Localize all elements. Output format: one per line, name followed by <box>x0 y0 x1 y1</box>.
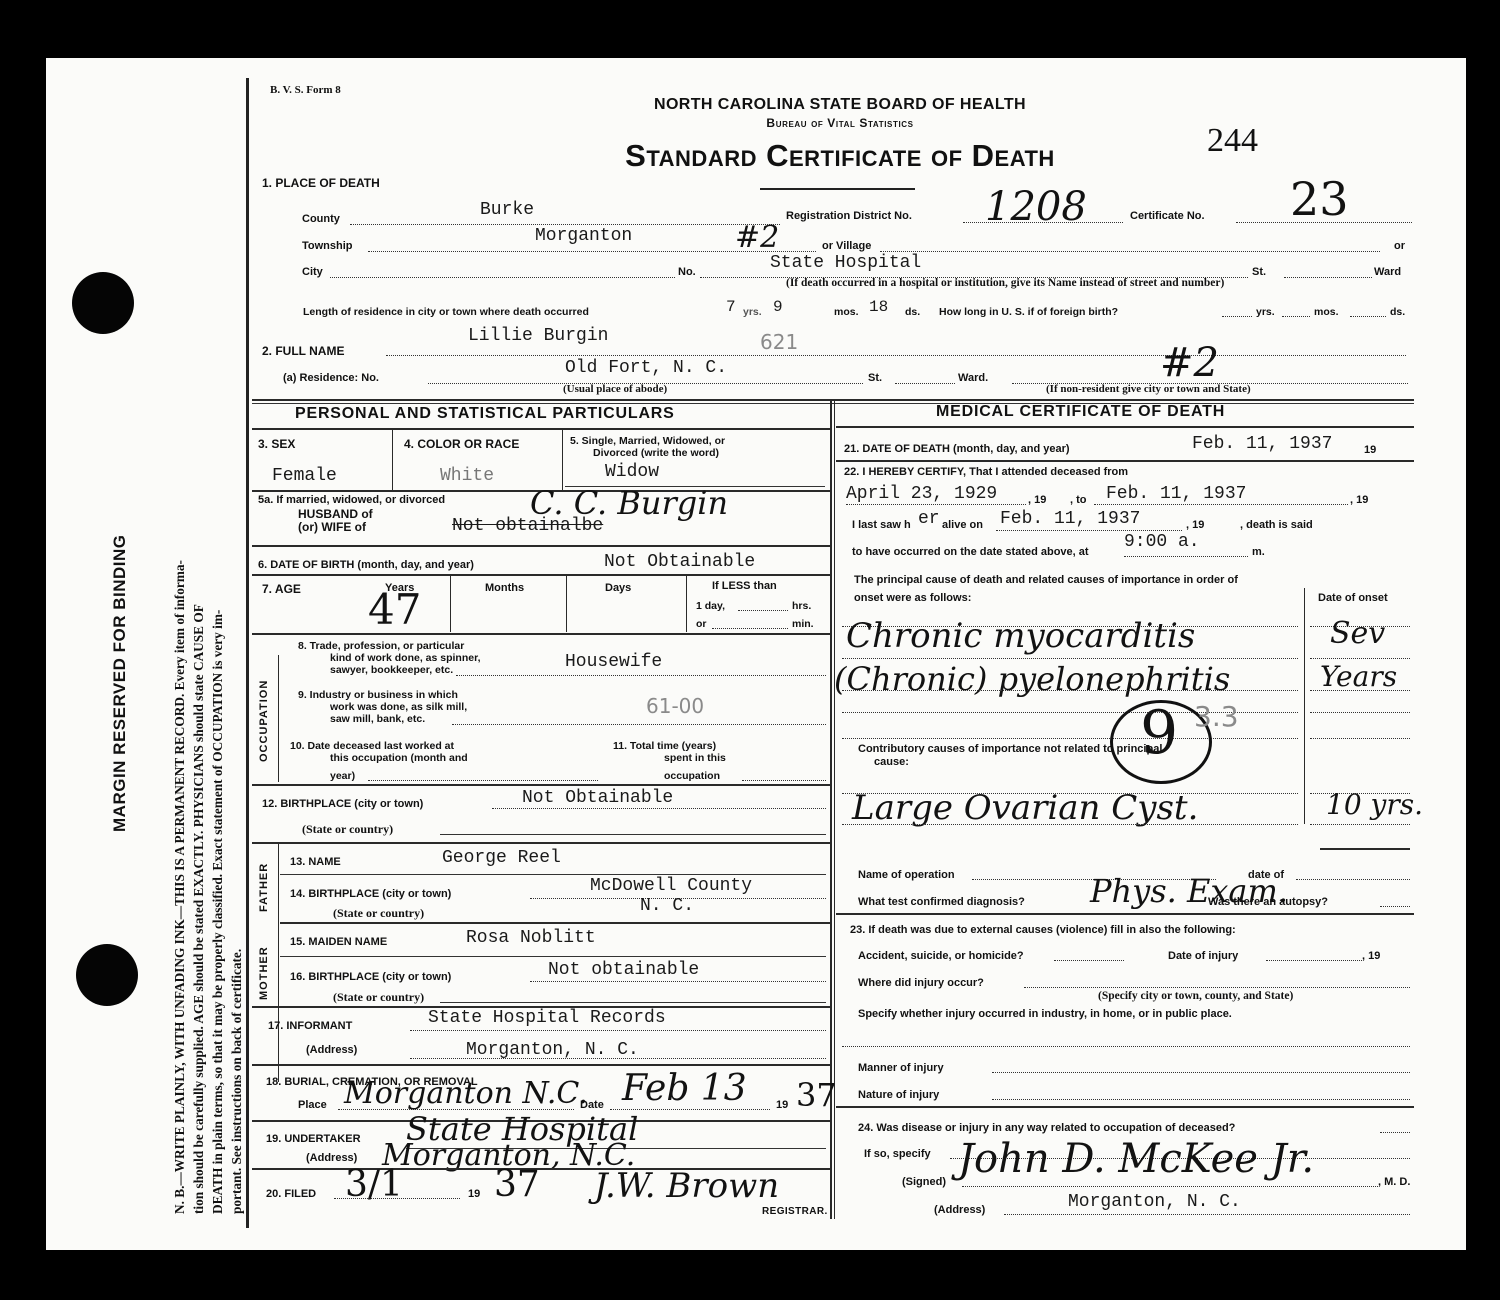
cause-line <box>842 658 1298 659</box>
rule <box>252 633 830 635</box>
city-no-label: No. <box>678 266 696 278</box>
circled-pencil-note: 3.3 <box>1194 700 1239 733</box>
signed-label: (Signed) <box>902 1176 946 1188</box>
informant-address-label: (Address) <box>306 1044 357 1056</box>
injury-date-line[interactable] <box>1266 960 1362 961</box>
township-label: Township <box>302 240 353 252</box>
city-label: City <box>302 266 323 278</box>
village-label: or Village <box>822 240 871 252</box>
rule <box>252 1064 830 1066</box>
dob-value[interactable]: Not Obtainable <box>604 552 755 572</box>
village-line[interactable] <box>880 251 1380 252</box>
bureau-title: Bureau of Vital Statistics <box>540 116 1140 130</box>
informant-label: 17. INFORMANT <box>268 1020 352 1032</box>
rule <box>836 460 1414 462</box>
operation-label: Name of operation <box>858 869 955 881</box>
occupation-related-line[interactable] <box>1380 1132 1410 1133</box>
informant-value[interactable]: State Hospital Records <box>428 1008 666 1028</box>
mother-birthplace-value[interactable]: Not obtainable <box>548 960 699 980</box>
last-worked-label-2: this occupation (month and <box>330 752 468 764</box>
signature-line <box>962 1186 1378 1187</box>
ward-line[interactable] <box>1284 277 1372 278</box>
onset-line <box>1310 712 1410 713</box>
instructions-line-2: tion should be carefully supplied. AGE s… <box>189 604 208 1214</box>
punch-hole-top <box>72 272 134 334</box>
residence-days[interactable]: 18 <box>869 298 888 316</box>
date-of-death-value[interactable]: Feb. 11, 1937 <box>1192 434 1332 454</box>
residence-months[interactable]: 9 <box>773 298 783 316</box>
attended-to-line <box>1094 504 1348 505</box>
vrule <box>562 430 563 490</box>
residence-st-label: St. <box>868 372 882 384</box>
registrar-label: REGISTRAR. <box>762 1206 828 1217</box>
full-name-line <box>386 355 1406 356</box>
rule <box>280 874 826 875</box>
medical-section-title: MEDICAL CERTIFICATE OF DEATH <box>936 403 1225 421</box>
total-time-label-1: 11. Total time (years) <box>613 740 716 752</box>
burial-place-label: Place <box>298 1099 327 1111</box>
attended-to-value[interactable]: Feb. 11, 1937 <box>1106 484 1246 504</box>
last-saw-label: I last saw h <box>852 519 911 531</box>
circled-code: 9 <box>1140 698 1178 768</box>
father-birthplace-label: 14. BIRTHPLACE (city or town) <box>290 888 451 900</box>
title-underline <box>760 188 915 190</box>
foreign-yrs-line[interactable] <box>1222 316 1252 317</box>
mother-name-value[interactable]: Rosa Noblitt <box>466 928 596 948</box>
birthplace-label: 12. BIRTHPLACE (city or town) <box>262 798 423 810</box>
vrule <box>278 655 279 782</box>
section-divider <box>252 399 1414 401</box>
residence-label: (a) Residence: No. <box>283 372 379 384</box>
burial-date-value[interactable]: Feb 13 <box>622 1068 747 1109</box>
full-name-label: 2. FULL NAME <box>262 344 344 358</box>
vrule <box>278 844 279 1082</box>
rule <box>1320 848 1410 850</box>
contributory-onset-value[interactable]: 10 yrs. <box>1326 788 1423 821</box>
onset-line <box>1310 738 1410 739</box>
rule <box>440 834 826 835</box>
minutes-line[interactable] <box>712 628 788 629</box>
industry-label-2: work was done, as silk mill, <box>330 701 467 713</box>
institution-value[interactable]: State Hospital <box>770 253 921 273</box>
birthplace-value[interactable]: Not Obtainable <box>522 788 673 808</box>
residence-value[interactable]: Old Fort, N. C. <box>565 358 727 378</box>
cause-intro-2: onset were as follows: <box>854 592 971 604</box>
last-saw-line <box>996 530 1182 531</box>
trade-label-1: 8. Trade, profession, or particular <box>298 640 464 652</box>
attended-from-19: , 19 <box>1028 494 1046 506</box>
operation-date-line[interactable] <box>1296 879 1410 880</box>
father-state-value[interactable]: N. C. <box>640 896 694 916</box>
hours-line[interactable] <box>738 610 788 611</box>
binding-margin-label: MARGIN RESERVED FOR BINDING <box>110 535 130 833</box>
filed-label: 20. FILED <box>266 1188 316 1200</box>
md-label: , M. D. <box>1378 1176 1410 1188</box>
date-of-onset-label: Date of onset <box>1318 592 1388 604</box>
undertaker-address-label: (Address) <box>306 1152 357 1164</box>
manner-label: Manner of injury <box>858 1062 944 1074</box>
injury-date-label: Date of injury <box>1168 950 1238 962</box>
min-label: min. <box>792 618 814 630</box>
township-value[interactable]: Morganton <box>535 226 632 246</box>
contributory-line <box>842 824 1298 825</box>
rule <box>280 956 826 957</box>
trade-label-2: kind of work done, as spinner, <box>330 652 481 664</box>
rule <box>252 784 830 786</box>
alive-on-label: alive on <box>942 519 983 531</box>
mother-birthplace-line <box>530 981 826 982</box>
foreign-ds-label: ds. <box>1390 306 1405 318</box>
where-injury-note: (Specify city or town, county, and State… <box>1098 990 1293 1002</box>
nature-line[interactable] <box>992 1099 1410 1100</box>
informant-line <box>410 1030 826 1031</box>
specify-location-line[interactable] <box>842 1046 1410 1047</box>
date-of-death-suffix: 19 <box>1364 444 1376 456</box>
place-of-death-label: 1. PLACE OF DEATH <box>262 176 380 190</box>
last-worked-label-3: year) <box>330 770 355 782</box>
time-line <box>1124 556 1248 557</box>
stamp-number: 244 <box>1207 122 1258 160</box>
township-annotation: #2 <box>735 220 779 255</box>
spouse-label-1: 5a. If married, widowed, or divorced <box>258 494 445 506</box>
cause-intro-1: The principal cause of death and related… <box>854 574 1238 586</box>
mos-label: mos. <box>834 306 859 318</box>
race-label: 4. COLOR OR RACE <box>404 437 519 451</box>
residence-sublabel: (Usual place of abode) <box>563 383 667 395</box>
trade-line <box>456 675 826 676</box>
city-line[interactable] <box>330 277 675 278</box>
full-name-pencil-note: 621 <box>760 330 798 354</box>
residence-years[interactable]: 7 <box>726 298 736 316</box>
contributory-label-2: cause: <box>874 756 909 768</box>
last-saw-19: , 19 <box>1186 519 1204 531</box>
m-label: m. <box>1252 546 1265 558</box>
trade-value[interactable]: Housewife <box>565 652 662 672</box>
foreign-mos-label: mos. <box>1314 306 1339 318</box>
ward-label: Ward <box>1374 266 1401 278</box>
foreign-yrs-label: yrs. <box>1256 306 1275 318</box>
birthplace-line <box>492 808 826 809</box>
vrule <box>686 576 687 632</box>
age-label: 7. AGE <box>262 582 301 596</box>
day-label: 1 day, <box>696 600 725 612</box>
residence-st-line[interactable] <box>895 383 955 384</box>
mother-tag: MOTHER <box>258 946 270 1000</box>
filed-year-value[interactable]: 37 <box>494 1164 540 1205</box>
vrule <box>392 430 393 490</box>
instructions-line-4: portant. See instructions on back of cer… <box>227 949 246 1214</box>
industry-label-1: 9. Industry or business in which <box>298 689 458 701</box>
undertaker-label: 19. UNDERTAKER <box>266 1133 361 1145</box>
industry-line <box>452 724 826 725</box>
burial-place-value[interactable]: Morganton N.C. <box>344 1076 588 1111</box>
foreign-ds-line[interactable] <box>1350 316 1386 317</box>
if-so-label: If so, specify <box>864 1148 931 1160</box>
section-divider-thin <box>252 403 1414 404</box>
onset-line <box>1310 658 1410 659</box>
marital-status-value[interactable]: Widow <box>605 462 659 482</box>
physician-address-label: (Address) <box>934 1204 985 1216</box>
dob-label: 6. DATE OF BIRTH (month, day, and year) <box>258 559 474 571</box>
physician-address-line <box>1004 1214 1410 1215</box>
foreign-birth-label: How long in U. S. if of foreign birth? <box>939 306 1118 318</box>
rule <box>836 913 1414 915</box>
accident-line[interactable] <box>1054 960 1124 961</box>
rule <box>280 922 830 924</box>
registration-district-value[interactable]: 1208 <box>985 184 1087 230</box>
yrs-label: yrs. <box>743 306 762 318</box>
mother-state-label: (State or country) <box>333 990 424 1005</box>
date-of-death-label: 21. DATE OF DEATH (month, day, and year) <box>844 443 1070 455</box>
physician-address-value[interactable]: Morganton, N. C. <box>1068 1192 1241 1212</box>
cause-line <box>842 690 1298 691</box>
rule <box>252 428 830 430</box>
specify-location-label: Specify whether injury occurred in indus… <box>858 1008 1232 1020</box>
residence-ward-annotation: #2 <box>1160 340 1219 386</box>
last-saw-pronoun[interactable]: er <box>918 509 940 529</box>
attended-from-line <box>846 504 1026 505</box>
sex-value[interactable]: Female <box>272 466 337 486</box>
last-worked-line[interactable] <box>368 780 598 781</box>
father-tag: FATHER <box>258 863 270 912</box>
filed-date-value[interactable]: 3/1 <box>345 1164 403 1205</box>
mother-birthplace-label: 16. BIRTHPLACE (city or town) <box>290 971 451 983</box>
ds-label: ds. <box>905 306 920 318</box>
board-title: NORTH CAROLINA STATE BOARD OF HEALTH <box>540 96 1140 114</box>
institution-note: (If death occurred in a hospital or inst… <box>786 277 1224 289</box>
punch-hole-bottom <box>76 944 138 1006</box>
spouse-struck-value: Not obtainalbe <box>452 516 603 536</box>
instructions-line-3: DEATH in plain terms, so that it may be … <box>208 610 227 1214</box>
where-injury-label: Where did injury occur? <box>858 977 984 989</box>
occupation-tag: OCCUPATION <box>258 680 270 762</box>
vrule <box>450 576 451 632</box>
spouse-label-3: (or) WIFE of <box>298 520 366 534</box>
personal-section-title: PERSONAL AND STATISTICAL PARTICULARS <box>295 405 675 423</box>
cause-2-value[interactable]: (Chronic) pyelonephritis <box>834 660 1230 698</box>
foreign-mos-line[interactable] <box>1282 316 1310 317</box>
contributory-label-1: Contributory causes of importance not re… <box>858 743 1162 755</box>
sex-label: 3. SEX <box>258 437 295 451</box>
mother-name-label: 15. MAIDEN NAME <box>290 936 387 948</box>
death-said-label: , death is said <box>1240 519 1313 531</box>
father-name-value[interactable]: George Reel <box>442 848 561 868</box>
accident-label: Accident, suicide, or homicide? <box>858 950 1024 962</box>
marital-label-1: 5. Single, Married, Widowed, or <box>570 435 725 447</box>
physician-signature[interactable]: John D. McKee Jr. <box>958 1136 1314 1182</box>
binding-rule <box>246 78 249 1228</box>
rule <box>252 545 830 547</box>
cause-1-value[interactable]: Chronic myocarditis <box>846 616 1195 656</box>
residence-length-label: Length of residence in city or town wher… <box>303 306 589 318</box>
rule <box>252 574 830 576</box>
certificate-no-value[interactable]: 23 <box>1290 172 1349 226</box>
attended-to-19: , 19 <box>1350 494 1368 506</box>
test-label: What test confirmed diagnosis? <box>858 896 1025 908</box>
form-id: B. V. S. Form 8 <box>270 84 341 96</box>
age-days-label: Days <box>605 582 631 594</box>
rule <box>836 426 1414 428</box>
industry-label-3: saw mill, bank, etc. <box>330 713 425 725</box>
full-name-value[interactable]: Lillie Burgin <box>468 326 608 346</box>
total-time-label-2: spent in this <box>664 752 726 764</box>
burial-year-prefix: 19 <box>776 1099 788 1111</box>
occupation-related-label: 24. Was disease or injury in any way rel… <box>858 1122 1235 1134</box>
onset-2-value[interactable]: Years <box>1320 660 1397 693</box>
external-causes-label: 23. If death was due to external causes … <box>850 924 1236 936</box>
onset-1-value[interactable]: Sev <box>1330 616 1385 651</box>
county-value[interactable]: Burke <box>480 200 534 220</box>
occurred-label: to have occurred on the date stated abov… <box>852 546 1089 558</box>
father-name-label: 13. NAME <box>290 856 341 868</box>
total-time-label-3: occupation <box>664 770 720 782</box>
birthplace-state-label: (State or country) <box>302 822 393 837</box>
nonresident-note: (If non-resident give city or town and S… <box>1046 383 1251 395</box>
spouse-label-2: HUSBAND of <box>298 507 373 521</box>
where-injury-line[interactable] <box>1024 987 1410 988</box>
last-saw-date[interactable]: Feb. 11, 1937 <box>1000 509 1140 529</box>
attended-from-value[interactable]: April 23, 1929 <box>846 484 997 504</box>
onset-line <box>1310 690 1410 691</box>
autopsy-label: Was there an autopsy? <box>1208 896 1328 908</box>
industry-pencil-code: 61-00 <box>646 694 704 718</box>
county-field-line <box>350 224 780 225</box>
contributory-onset-line <box>1310 824 1410 825</box>
race-value[interactable]: White <box>440 466 494 486</box>
residence-ward-label: Ward. <box>958 372 988 384</box>
registration-district-label: Registration District No. <box>786 210 912 222</box>
attended-to-label: , to <box>1070 494 1087 506</box>
cause-line <box>842 738 1298 739</box>
or-label: or <box>1394 240 1405 252</box>
nature-label: Nature of injury <box>858 1089 939 1101</box>
total-time-line[interactable] <box>742 780 826 781</box>
rule <box>252 842 830 844</box>
registrar-signature[interactable]: J.W. Brown <box>594 1166 779 1206</box>
county-label: County <box>302 213 340 225</box>
burial-year-value[interactable]: 37 <box>796 1076 837 1114</box>
marital-label-2: Divorced (write the word) <box>593 447 719 459</box>
instructions-line-1: N. B.—WRITE PLAINLY, WITH UNFADING INK—T… <box>170 560 189 1214</box>
autopsy-line[interactable] <box>1380 906 1410 907</box>
informant-address-value[interactable]: Morganton, N. C. <box>466 1040 639 1060</box>
contributory-cause-value[interactable]: Large Ovarian Cyst. <box>852 788 1198 828</box>
rule <box>440 1002 826 1003</box>
father-state-label: (State or country) <box>333 906 424 921</box>
age-years-value[interactable]: 47 <box>368 585 421 634</box>
rule <box>836 1106 1414 1108</box>
last-worked-label-1: 10. Date deceased last worked at <box>290 740 454 752</box>
or-label: or <box>696 618 707 630</box>
hrs-label: hrs. <box>792 600 811 612</box>
filed-year-prefix: 19 <box>468 1188 480 1200</box>
certify-label: 22. I HEREBY CERTIFY, That I attended de… <box>844 466 1128 478</box>
injury-date-19: , 19 <box>1362 950 1380 962</box>
less-than-label: If LESS than <box>712 580 777 592</box>
certificate-no-label: Certificate No. <box>1130 210 1205 222</box>
age-months-label: Months <box>485 582 524 594</box>
vrule <box>566 576 567 632</box>
time-of-death-value[interactable]: 9:00 a. <box>1124 532 1200 552</box>
certificate-title: Standard Certificate of Death <box>440 138 1240 174</box>
onset-column-divider <box>1304 588 1305 824</box>
manner-line[interactable] <box>992 1072 1410 1073</box>
street-label: St. <box>1252 266 1266 278</box>
trade-label-3: sawyer, bookkeeper, etc. <box>330 664 453 676</box>
father-birthplace-value[interactable]: McDowell County <box>590 876 752 896</box>
